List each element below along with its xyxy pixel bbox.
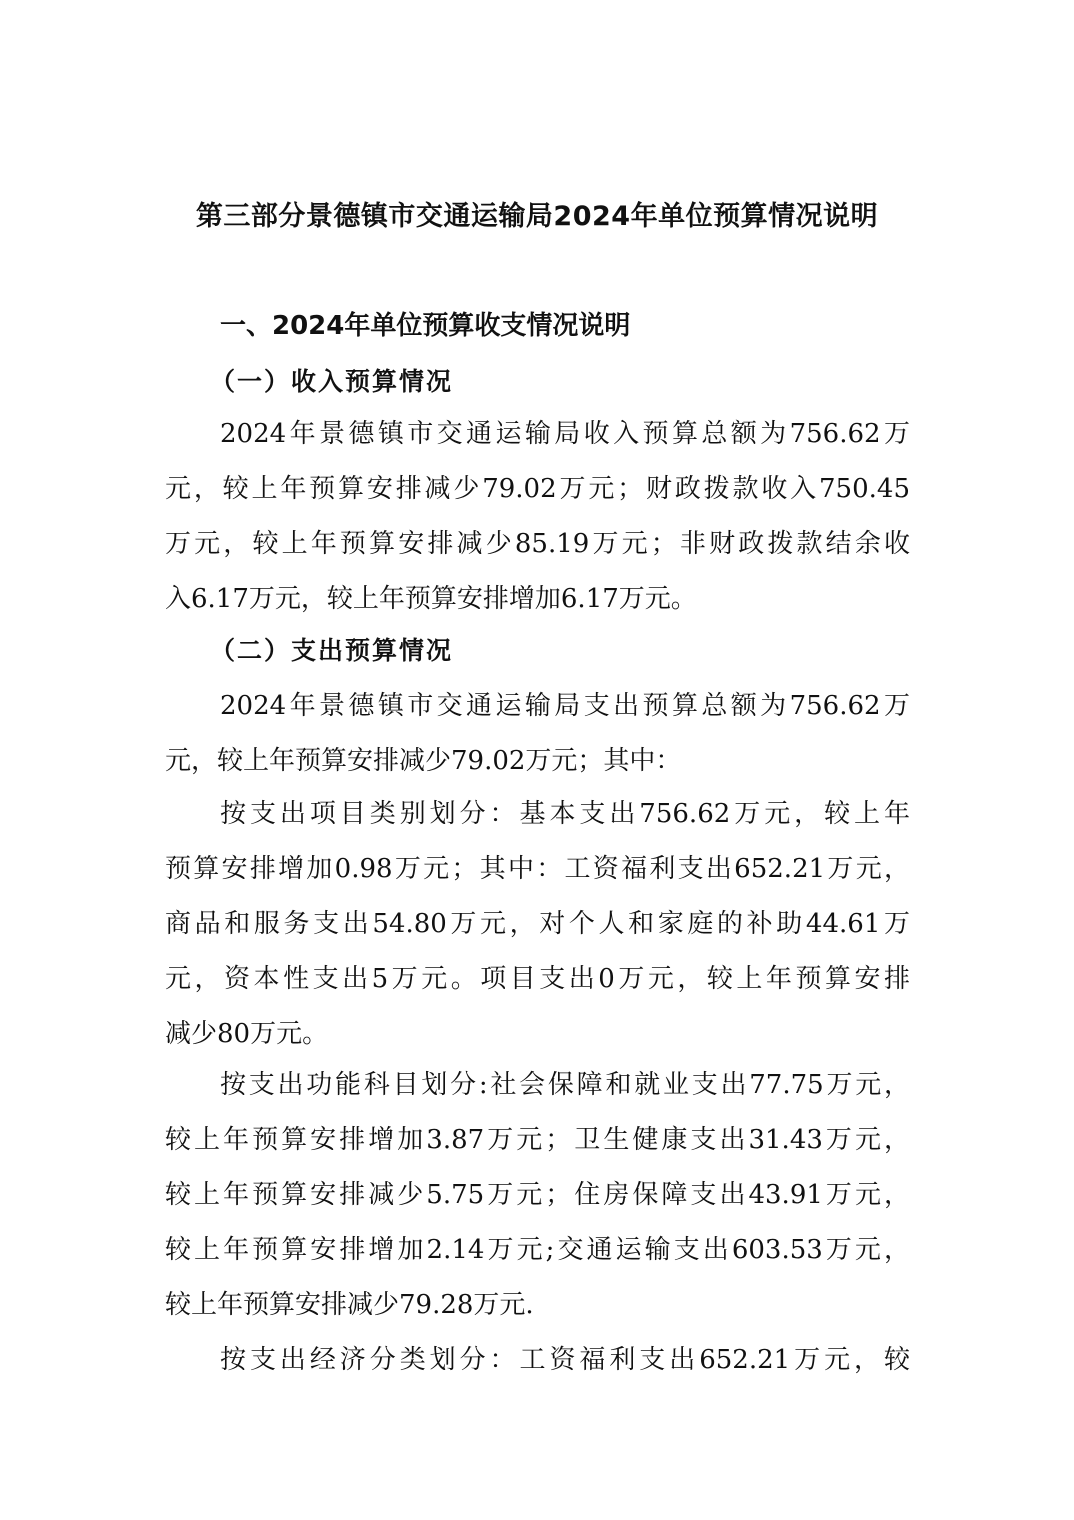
document-page: 第三部分景德镇市交通运输局2024年单位预算情况说明 一、2024年单位预算收支… (0, 0, 1074, 1520)
section-heading-budget-overview: 一、2024年单位预算收支情况说明 (220, 306, 630, 346)
paragraph-line: 按支出项目类别划分：基本支出756.62万元，较上年 (220, 794, 910, 834)
paragraph-line: 入6.17万元，较上年预算安排增加6.17万元。 (165, 579, 910, 619)
paragraph-line: 2024年景德镇市交通运输局支出预算总额为756.62万 (220, 686, 910, 726)
paragraph-line: 较上年预算安排增加3.87万元；卫生健康支出31.43万元， (165, 1120, 910, 1160)
paragraph-line: 按支出功能科目划分:社会保障和就业支出77.75万元， (220, 1065, 910, 1105)
paragraph-line: 减少80万元。 (165, 1014, 910, 1054)
subheading-income-budget: （一）收入预算情况 (210, 362, 453, 402)
document-title: 第三部分景德镇市交通运输局2024年单位预算情况说明 (0, 197, 1074, 237)
paragraph-line: 商品和服务支出54.80万元，对个人和家庭的补助44.61万 (165, 904, 910, 944)
paragraph-line: 2024年景德镇市交通运输局收入预算总额为756.62万 (220, 414, 910, 454)
paragraph-line: 元，资本性支出5万元。项目支出0万元，较上年预算安排 (165, 959, 910, 999)
paragraph-line: 较上年预算安排减少5.75万元；住房保障支出43.91万元， (165, 1175, 910, 1215)
paragraph-line: 预算安排增加0.98万元；其中：工资福利支出652.21万元， (165, 849, 910, 889)
paragraph-line: 万元，较上年预算安排减少85.19万元；非财政拨款结余收 (165, 524, 910, 564)
subheading-expenditure-budget: （二）支出预算情况 (210, 631, 453, 671)
paragraph-line: 较上年预算安排增加2.14万元;交通运输支出603.53万元， (165, 1230, 910, 1270)
paragraph-line: 元，较上年预算安排减少79.02万元；其中： (165, 741, 910, 781)
paragraph-line: 较上年预算安排减少79.28万元. (165, 1285, 910, 1325)
paragraph-line: 元，较上年预算安排减少79.02万元；财政拨款收入750.45 (165, 469, 910, 509)
paragraph-line: 按支出经济分类划分：工资福利支出652.21万元，较 (220, 1340, 910, 1380)
